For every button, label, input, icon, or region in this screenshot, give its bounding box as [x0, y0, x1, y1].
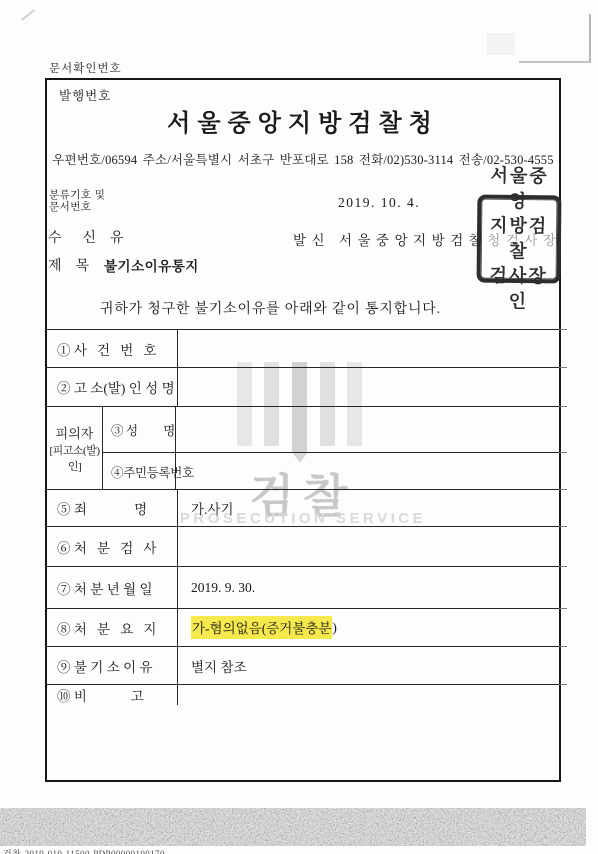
- recipient-line: 수 신 유: [48, 227, 124, 247]
- scan-smudge: [487, 33, 515, 55]
- row-value: [176, 407, 559, 452]
- table-rowgroup-defendant: 피의자 [피고소(발)인] ③ 성 명 ④주민등록번호: [47, 406, 559, 489]
- row-label: ④주민등록번호: [103, 453, 176, 490]
- notice-table: ① 사 건 번 호 ② 고 소(발) 인 성 명 피의자 [피고소(발)인] ③…: [47, 329, 559, 781]
- row-value: 가-혐의없음(증거불충분): [178, 609, 559, 646]
- seal-text-row: 검사장인: [480, 263, 557, 315]
- classification-number: 분류기호 및 문서번호: [49, 190, 105, 213]
- row-label: ⑨ 불 기 소 이 유: [47, 647, 178, 684]
- subject-value: 불기소이유통지: [104, 255, 199, 275]
- defendant-label-line2: [피고소(발)인]: [47, 442, 102, 474]
- scanned-document-page: 문서확인번호 발행번호 서울중앙지방검찰청 우편번호/06594 주소/서울특별…: [0, 0, 598, 854]
- highlighted-disposition-text: 가-혐의없음(증거불충분: [191, 616, 332, 639]
- table-row-prosecutor: ⑥ 처 분 검 사: [47, 526, 559, 566]
- row-label: ② 고 소(발) 인 성 명: [47, 368, 178, 406]
- subject-label: 제 목: [48, 255, 89, 275]
- classification-line1: 분류기호 및: [49, 190, 105, 202]
- table-row-remarks: ⑩ 비 고: [47, 684, 559, 781]
- pen-mark: [21, 9, 35, 20]
- table-row-nonprosecution-reason: ⑨ 불 기 소 이 유 별지 참조: [47, 646, 559, 684]
- row-value: [176, 453, 559, 490]
- issue-number-label: 발행번호: [59, 86, 111, 104]
- row-label: ⑧ 처 분 요 지: [47, 609, 178, 646]
- row-value: 별지 참조: [178, 647, 559, 684]
- disposition-suffix: ): [332, 620, 337, 636]
- footer-serial-number: 검찰-2019-010-11500-PDP00000100170: [3, 847, 165, 854]
- document-date: 2019. 10. 4.: [338, 195, 420, 211]
- classification-line2: 문서번호: [49, 202, 105, 214]
- table-row-offense: ⑤ 죄 명 가.사기: [47, 489, 559, 526]
- row-value: [178, 330, 559, 367]
- table-row-complainant-name: ② 고 소(발) 인 성 명: [47, 367, 559, 406]
- official-seal-stamp: 서울중앙 지방검찰 검사장인: [477, 195, 562, 284]
- doc-verify-label: 문서확인번호: [49, 60, 122, 76]
- row-value: 2019. 9. 30.: [178, 567, 559, 608]
- seal-text-row: 서울중앙: [481, 163, 558, 215]
- table-row-defendant-regno: ④주민등록번호: [103, 452, 559, 490]
- row-label: ③ 성 명: [103, 407, 176, 452]
- row-label: ⑥ 처 분 검 사: [47, 527, 178, 566]
- row-label: ⑤ 죄 명: [47, 490, 178, 526]
- table-row-disposition-date: ⑦ 처 분 년 월 일 2019. 9. 30.: [47, 566, 559, 608]
- defendant-label-line1: 피의자: [56, 423, 94, 442]
- intro-sentence: 귀하가 청구한 불기소이유를 아래와 같이 통지합니다.: [100, 298, 441, 318]
- defendant-sub-rows: ③ 성 명 ④주민등록번호: [103, 407, 559, 489]
- row-value: [178, 527, 559, 566]
- seal-text-row: 지방검찰: [481, 213, 558, 265]
- row-label: ① 사 건 번 호: [47, 330, 178, 367]
- scan-noise-band: [0, 808, 586, 846]
- table-row-case-number: ① 사 건 번 호: [47, 330, 559, 367]
- table-row-disposition-summary: ⑧ 처 분 요 지 가-혐의없음(증거불충분): [47, 608, 559, 646]
- defendant-label-cell: 피의자 [피고소(발)인]: [47, 407, 103, 489]
- scan-corner-line-horizontal: [519, 61, 591, 63]
- row-value: [178, 368, 559, 406]
- table-row-defendant-name: ③ 성 명: [103, 407, 559, 452]
- row-value: 가.사기: [178, 490, 559, 526]
- scan-corner-line-vertical: [589, 14, 591, 62]
- row-label: ⑩ 비 고: [47, 685, 178, 705]
- page-title: 서울중앙지방검찰청: [45, 103, 561, 138]
- row-label: ⑦ 처 분 년 월 일: [47, 567, 178, 608]
